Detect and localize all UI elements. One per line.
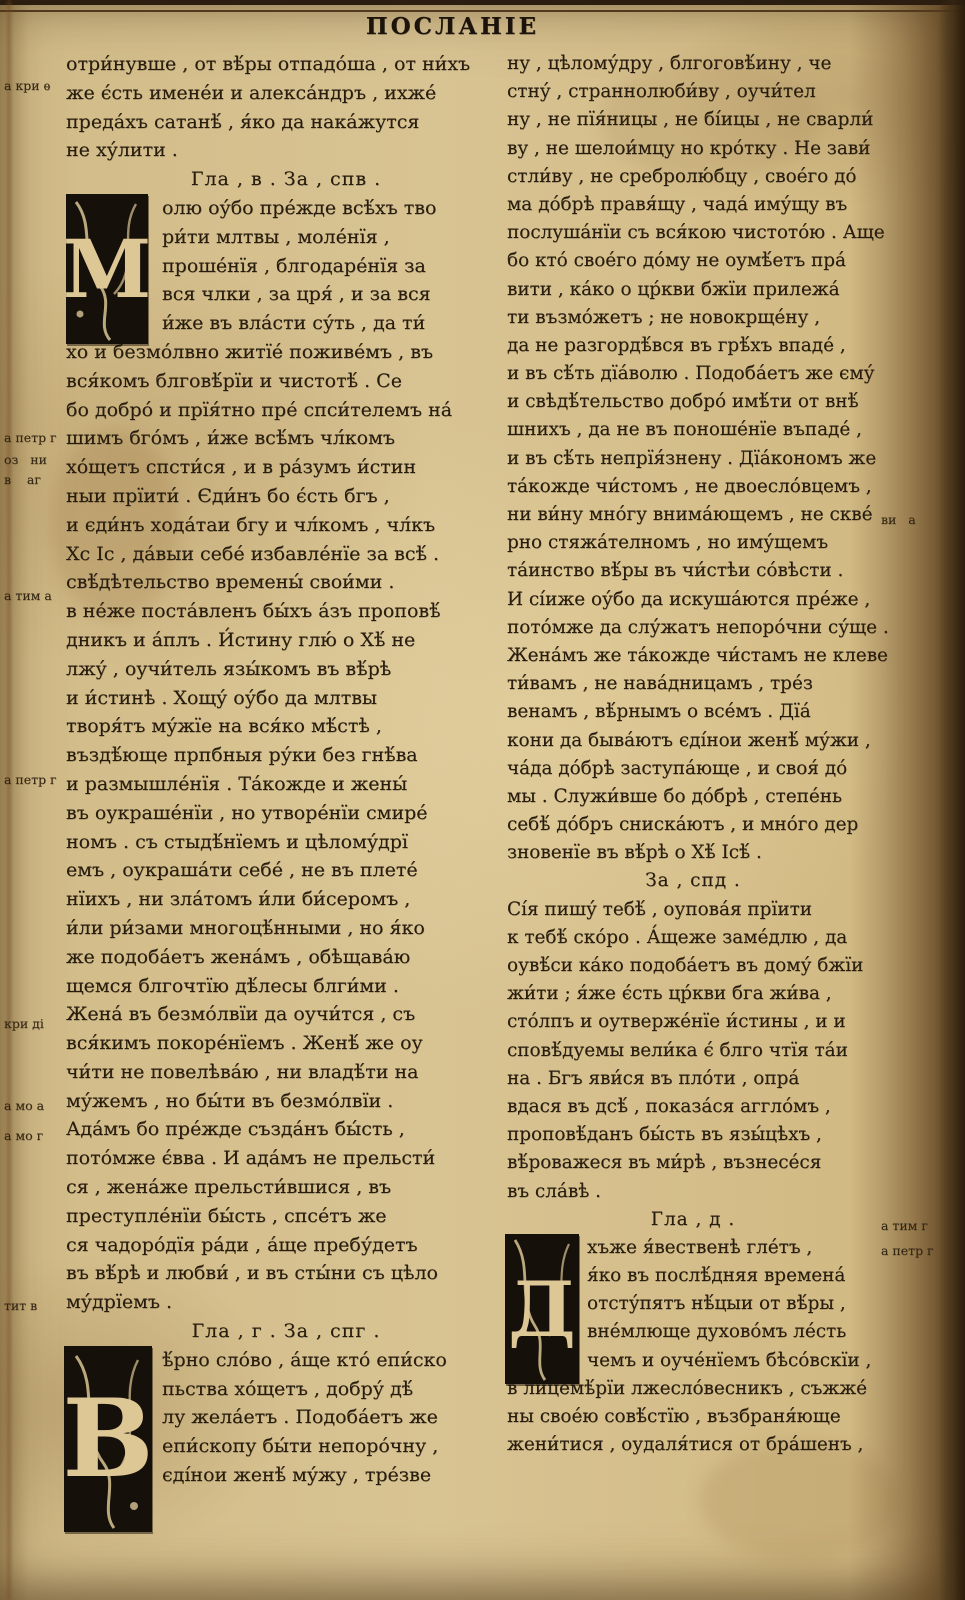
margin-note: тит в <box>4 1298 37 1313</box>
margin-note: оз ни <box>4 452 47 467</box>
text-line: же є́сть имене́и и алекса́ндръ , ихже́ <box>66 79 506 108</box>
text-line: и въ сѣ́ть непрїя́знену . Дїа́кономъ же <box>507 445 879 473</box>
chapter-heading: Гла , в . За , спв . <box>66 165 506 194</box>
chapter-heading: За , спд . <box>507 867 879 895</box>
text-line: сповѣ́дуемы вели́ка є́ блго чтїя та́и <box>507 1037 879 1065</box>
text-line: му́жемъ , но бы́ти въ безмо́лвїи . <box>66 1087 506 1116</box>
text-line: проповѣ́данъ бы́сть въ язы́цѣхъ , <box>507 1121 879 1149</box>
text-line: лжу́ , оучи́тель язы́комъ въ вѣ́рѣ <box>66 655 506 684</box>
text-line: ну , цѣлому́дру , блгоговѣ́ину , че <box>507 50 879 78</box>
text-line: не ху́лити . <box>66 136 506 165</box>
text-line: и єди́нъ хода́таи бгу и чл́комъ , чл́къ <box>66 511 506 540</box>
text-line: зновенїе въ вѣ́рѣ о Хѣ́ Ісѣ́ . <box>507 839 879 867</box>
text-line: та́инство вѣ́ры въ чи́стѣи со́вѣсти . <box>507 557 879 585</box>
text-line: въ сла́вѣ . <box>507 1178 879 1206</box>
text-line: и въ сѣ́ть дїа́волю . Подоба́етъ же єму́ <box>507 360 879 388</box>
chapter-heading: Гла , д . <box>507 1206 879 1234</box>
text-line: шимъ бго́мъ , и́же всѣ́мъ чл́комъ <box>66 424 506 453</box>
text-line: сто́лпъ и оутверже́нїе и́стины , и и <box>507 1008 879 1036</box>
text-line: пото́мже є́вва . И ада́мъ не прельсти́ <box>66 1144 506 1173</box>
text-line: пото́мже да слу́жатъ непоро́чни су́ще . <box>507 614 879 642</box>
text-line: на . Бгъ яви́ся въ пло́ти , опра́ <box>507 1065 879 1093</box>
text-line: въ вѣ́рѣ и любви́ , и въ сты́ни съ цѣло <box>66 1259 506 1288</box>
text-line: отри́нувше , от вѣ́ры отпадо́ша , от ни́… <box>66 50 506 79</box>
page-fold-crease <box>7 0 11 1600</box>
margin-note: а мо а <box>4 1098 44 1113</box>
margin-note: ви а <box>881 512 916 527</box>
text-line: вся́комъ блговѣ́рїи и чистотѣ́ . Се <box>66 367 506 396</box>
text-line: оувѣ́си ка́ко подоба́етъ въ дому́ бжїи <box>507 952 879 980</box>
margin-note: в аг <box>4 472 41 487</box>
text-line: вся́кимъ покоре́нїемъ . Женѣ́ же оу <box>66 1029 506 1058</box>
text-line: ма до́брѣ правя́щу , чада́ иму́щу въ <box>507 191 879 219</box>
text-line: венамъ , вѣ́рнымъ о все́мъ . Дїа́ <box>507 698 879 726</box>
text-line: хо́щетъ спсти́ся , и в ра́зумъ и́стин <box>66 453 506 482</box>
text-line: жи́ти ; я́же є́сть цр́кви бга жи́ва , <box>507 980 879 1008</box>
text-line: к тебѣ́ ско́ро . А́щеже заме́длю , да <box>507 924 879 952</box>
text-line: да не разгордѣ́вся въ грѣ́хъ впаде́ , <box>507 332 879 360</box>
text-line: ти възмо́жетъ ; не новокрще́ну , <box>507 304 879 332</box>
text-line: Жена́мъ же та́кожде чи́стамъ не клеве <box>507 642 879 670</box>
text-line: мы . Служи́вше бо до́брѣ , степе́нь <box>507 783 879 811</box>
margin-note: кри ді <box>4 1016 44 1031</box>
woodcut-initial-V: В <box>64 1346 152 1532</box>
margin-note: а тим г <box>881 1218 928 1233</box>
margin-note: а петр г <box>4 430 57 445</box>
text-line: му́дрїемъ . <box>66 1288 506 1317</box>
text-line: и свѣдѣ́тельство добро́ имѣ́ти от внѣ́ <box>507 388 879 416</box>
text-line: вѣ́роважеся въ ми́рѣ , възнесе́ся <box>507 1149 879 1177</box>
initial-letter: Д <box>508 1265 576 1354</box>
initial-letter: В <box>62 1376 153 1502</box>
text-line: щемся блгочтїю дѣ́лесы блги́ми . <box>66 972 506 1001</box>
text-line: послуша́нїи съ вся́кою чистото́ю . Аще <box>507 219 879 247</box>
text-line: ныи прїити́ . Єди́нъ бо є́сть бгъ , <box>66 482 506 511</box>
text-line: чи́ти не повелѣва́ю , ни владѣ́ти на <box>66 1058 506 1087</box>
text-line: бо кто́ свое́го до́му не оумѣ́етъ пра́ <box>507 247 879 275</box>
text-line: творя́тъ му́жїе на вся́ко мѣ́стѣ , <box>66 712 506 741</box>
chapter-heading: Гла , г . За , спг . <box>66 1317 506 1346</box>
top-rule-thin <box>0 10 965 12</box>
text-line: Ада́мъ бо пре́жде създа́нъ бы́сть , <box>66 1115 506 1144</box>
text-line: Сі́я пишу́ тебѣ́ , оупова́я прїити <box>507 896 879 924</box>
text-line: шнихъ , да не въ поноше́нїе въпаде́ , <box>507 416 879 444</box>
text-line: же подоба́етъ жена́мъ , обѣщава́ю <box>66 943 506 972</box>
text-line: преступле́нїи бы́сть , спсе́тъ же <box>66 1202 506 1231</box>
text-line: стли́ву , не сребролю́бцу , свое́го до́ <box>507 163 879 191</box>
text-line: ся чадоро́дїя ра́ди , а́ще пребу́детъ <box>66 1231 506 1260</box>
woodcut-initial-D: Д <box>505 1234 579 1384</box>
text-line: и и́стинѣ . Хощу́ оу́бо да млтвы <box>66 684 506 713</box>
text-line: вити , ка́ко о цр́кви бжїи прилежа́ <box>507 276 879 304</box>
text-line: жени́тися , оудаля́тися от бра́шенъ , <box>507 1431 879 1459</box>
text-line: рно стяжа́телномъ , но иму́щемъ <box>507 529 879 557</box>
text-line: и размышле́нїя . Та́кожде и жены́ <box>66 770 506 799</box>
text-line: бо добро́ и прїя́тно пре́ спси́телемъ на… <box>66 396 506 425</box>
text-line: ти́вамъ , не нава́дницамъ , тре́з <box>507 670 879 698</box>
text-line: въ оукраше́нїи , но утворе́нїи смире́ <box>66 799 506 828</box>
margin-note: а мо г <box>4 1128 43 1143</box>
text-line: дникъ и а́плъ . И́стину глю́ о Хѣ́ не <box>66 626 506 655</box>
text-line: Хс Іс , да́выи себе́ избавле́нїе за всѣ́… <box>66 540 506 569</box>
book-page: ПОСЛАНІЕ отри́нувше , от вѣ́ры отпадо́ша… <box>0 0 965 1600</box>
page-edge-shadow <box>939 0 965 1600</box>
text-line: ни ви́ну мно́гу внима́ющемъ , не скве́ <box>507 501 879 529</box>
text-line: Жена́ въ безмо́лвїи да оучи́тся , съ <box>66 1000 506 1029</box>
text-line: в не́же поста́вленъ бы́хъ а́зъ проповѣ́ <box>66 597 506 626</box>
text-line: въздѣ́юще прпбныя ру́ки без гнѣ́ва <box>66 741 506 770</box>
text-line: ну , не пїя́ницы , не бі́ицы , не сварли… <box>507 106 879 134</box>
initial-letter: М <box>63 222 152 316</box>
running-head: ПОСЛАНІЕ <box>0 13 905 40</box>
margin-note: а петр г <box>4 772 57 787</box>
text-line: та́кожде чи́стомъ , не двоесло́вцемъ , <box>507 473 879 501</box>
text-line: свѣ́дѣтельство времены́ свои́ми . <box>66 568 506 597</box>
woodcut-initial-M: М <box>66 194 148 344</box>
text-line: ву , не шелои́мцу но кро́тку . Не зави́ <box>507 135 879 163</box>
top-rule-heavy <box>0 0 965 5</box>
text-line: И сі́иже оу́бо да искуша́ются пре́же , <box>507 586 879 614</box>
text-line: ча́да до́брѣ заступа́юще , и своя́ до́ <box>507 755 879 783</box>
text-line: себѣ́ до́бръ сниска́ютъ , и мно́го дер <box>507 811 879 839</box>
text-line: преда́хъ сатанѣ́ , я́ко да нака́жутся <box>66 108 506 137</box>
text-line: вдася въ дсѣ́ , показа́ся аггло́мъ , <box>507 1093 879 1121</box>
text-line: ны свое́ю совѣ́стїю , възбраня́юще <box>507 1403 879 1431</box>
margin-note: а петр г <box>881 1243 934 1258</box>
text-line: кони да быва́ютъ єді́нои женѣ́ му́жи , <box>507 727 879 755</box>
text-line: номъ . съ стыдѣ́нїемъ и цѣлому́дрї <box>66 828 506 857</box>
text-line: ся , жена́же прельсти́вшися , въ <box>66 1173 506 1202</box>
text-line: и́ли ри́зами многоцѣ́нными , но я́ко <box>66 914 506 943</box>
text-line: емъ , оукраша́ти себе́ , не въ плете́ <box>66 856 506 885</box>
margin-note: а тим а <box>4 588 52 603</box>
text-line: стну́ , страннолюби́ву , оучи́тел <box>507 78 879 106</box>
margin-note: а кри ѳ <box>4 78 50 93</box>
text-line: нїихъ , ни зла́томъ и́ли би́серомъ , <box>66 885 506 914</box>
